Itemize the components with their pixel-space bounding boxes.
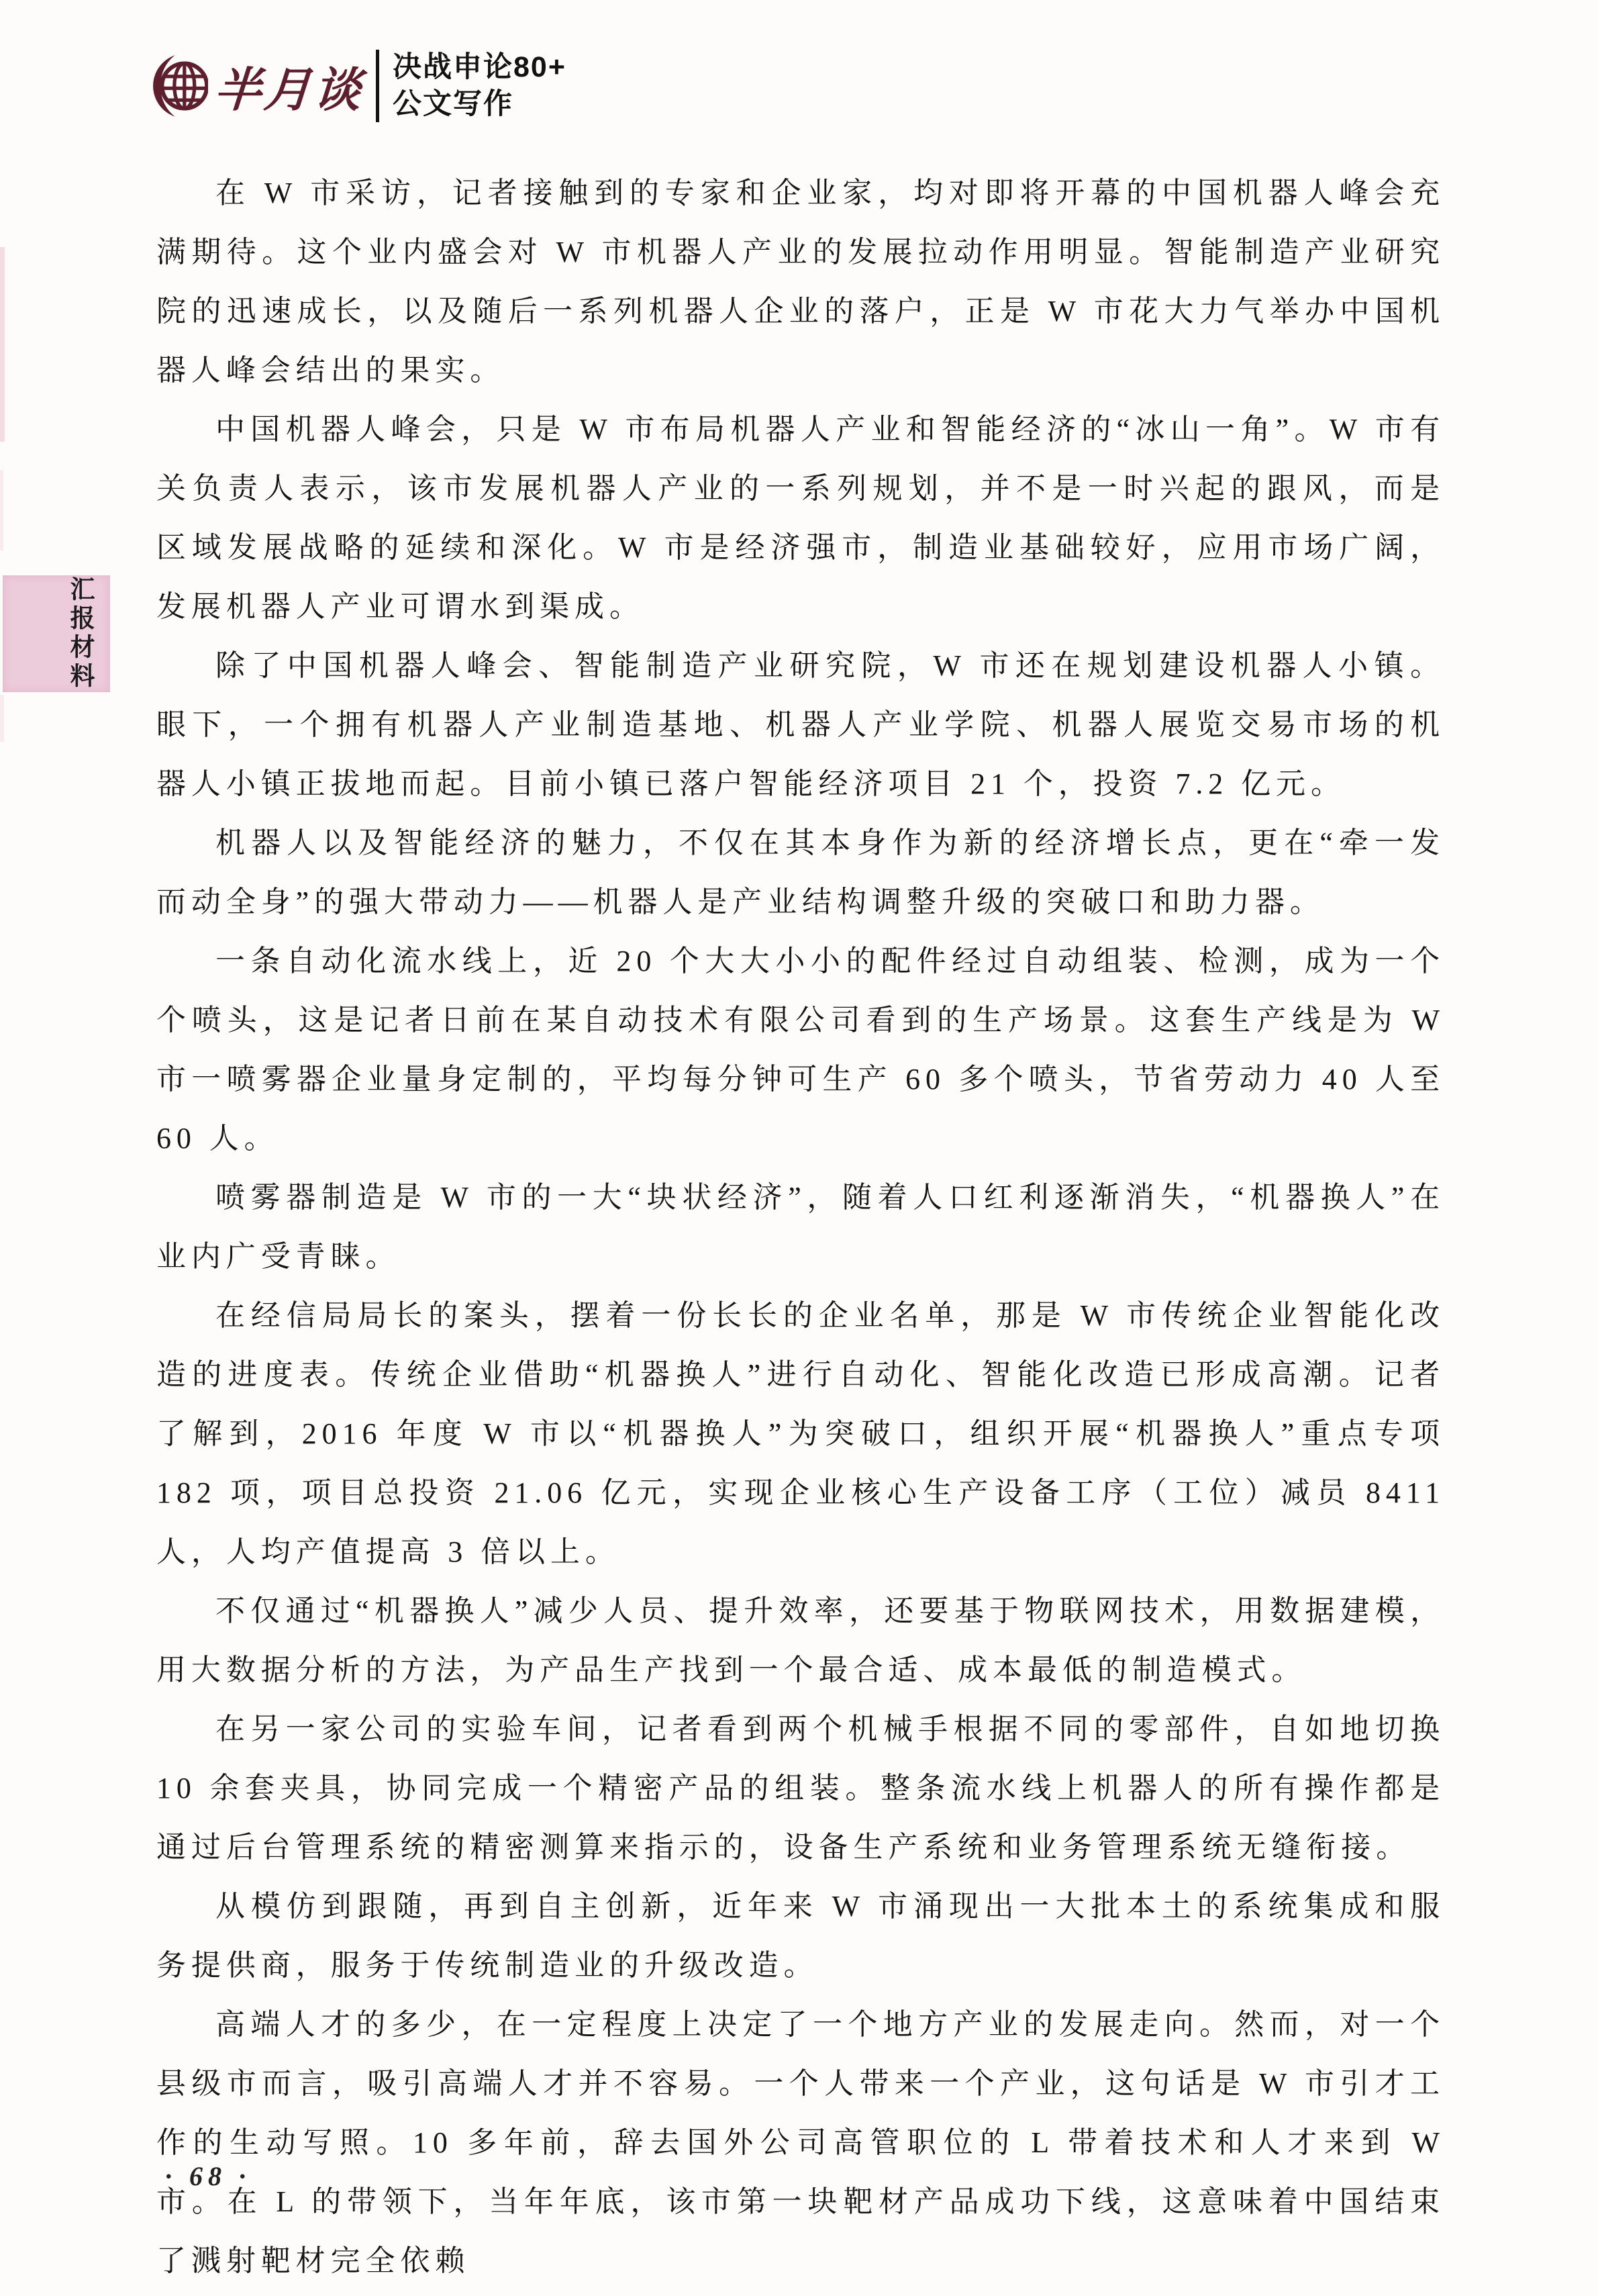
- paragraph: 在经信局局长的案头，摆着一份长长的企业名单，那是 W 市传统企业智能化改造的进度…: [156, 1286, 1445, 1582]
- tagline-line-2: 公文写作: [393, 86, 566, 123]
- paragraph: 在另一家公司的实验车间，记者看到两个机械手根据不同的零部件，自如地切换 10 余…: [156, 1700, 1445, 1877]
- article-body: 在 W 市采访，记者接触到的专家和企业家，均对即将开幕的中国机器人峰会充满期待。…: [156, 164, 1445, 2291]
- paragraph: 除了中国机器人峰会、智能制造产业研究院，W 市还在规划建设机器人小镇。眼下，一个…: [156, 636, 1445, 814]
- scan-edge-artifact: [0, 247, 5, 442]
- page-number: · 68 ·: [165, 2160, 251, 2192]
- scanned-book-page: 半月谈 决战申论80+ 公文写作 汇报材料 在 W 市采访，记者接触到的专家和企…: [0, 0, 1598, 2296]
- paragraph: 不仅通过“机器换人”减少人员、提升效率，还要基于物联网技术，用数据建模，用大数据…: [156, 1582, 1445, 1700]
- header-divider: [376, 50, 379, 122]
- chapter-thumb-tab: 汇报材料: [3, 575, 110, 692]
- chapter-thumb-tab-label: 汇报材料: [62, 576, 98, 691]
- scan-edge-artifact: [0, 470, 3, 551]
- paragraph: 从模仿到跟随，再到自主创新，近年来 W 市涌现出一大批本土的系统集成和服务提供商…: [156, 1877, 1445, 1995]
- scan-edge-artifact: [0, 695, 4, 742]
- paragraph: 中国机器人峰会，只是 W 市布局机器人产业和智能经济的“冰山一角”。W 市有关负…: [156, 400, 1445, 636]
- brand-logo-text: 半月谈: [212, 52, 366, 120]
- paragraph: 机器人以及智能经济的魅力，不仅在其本身作为新的经济增长点，更在“牵一发而动全身”…: [156, 814, 1445, 932]
- paragraph: 在 W 市采访，记者接触到的专家和企业家，均对即将开幕的中国机器人峰会充满期待。…: [156, 164, 1445, 400]
- paragraph: 一条自动化流水线上，近 20 个大大小小的配件经过自动组装、检测，成为一个个喷头…: [156, 932, 1445, 1168]
- paragraph: 高端人才的多少，在一定程度上决定了一个地方产业的发展走向。然而，对一个县级市而言…: [156, 1995, 1445, 2291]
- tagline-line-1: 决战申论80+: [393, 49, 566, 86]
- header-tagline: 决战申论80+ 公文写作: [393, 49, 566, 123]
- paragraph: 喷雾器制造是 W 市的一大“块状经济”，随着人口红利逐渐消失，“机器换人”在业内…: [156, 1168, 1445, 1286]
- globe-crescent-icon: [149, 51, 208, 121]
- page-header: 半月谈 决战申论80+ 公文写作: [149, 42, 566, 130]
